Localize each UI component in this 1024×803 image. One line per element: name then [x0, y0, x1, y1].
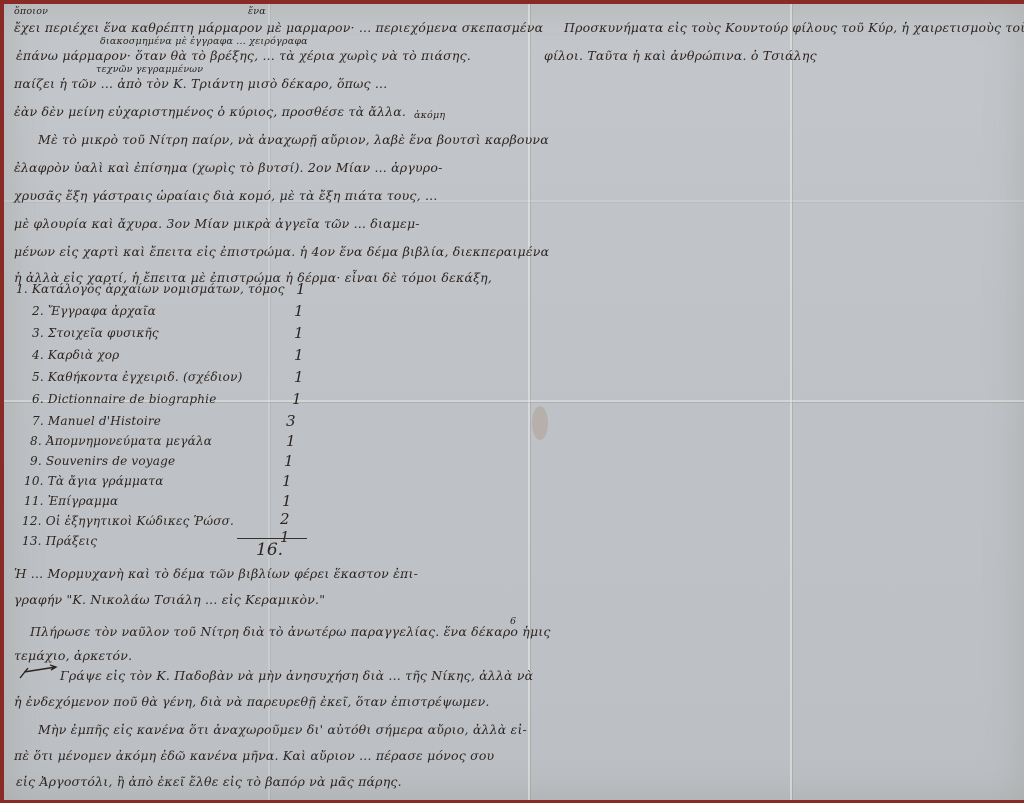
text-line: ἐπάνω μάρμαρον· ὅταν θὰ τὸ βρέξης, ... τ…	[16, 48, 471, 63]
book-list-item: 5. Καθήκοντα ἐγχειριδ. (σχέδιον)	[32, 370, 242, 384]
text-line: ἐὰν δὲν μείνη εὐχαριστημένος ὁ κύριος, π…	[14, 104, 406, 119]
book-list-item: 7. Manuel d'Histoire	[32, 414, 161, 428]
text-line: μὲ φλουρία καὶ ἄχυρα. 3ον Μίαν μικρὰ ἀγγ…	[14, 216, 420, 231]
signature-line: φίλοι. Ταῦτα ἡ καὶ ἀνθρώπινα. ὁ Τσιάλης	[544, 48, 817, 63]
text-line: Μὴν ἐμπῆς εἰς κανένα ὅτι ἀναχωροῦμεν δι'…	[38, 722, 527, 737]
book-count: 1	[294, 302, 304, 320]
book-count: 1	[282, 472, 292, 490]
book-list-item: 1. Κατάλογος ἀρχαίων νομισμάτων, τόμος	[16, 282, 285, 296]
text-line: Γράψε εἰς τὸν Κ. Παδοβὰν νὰ μὴν ἀνησυχήσ…	[60, 668, 533, 683]
pointing-hand-icon	[18, 664, 58, 680]
book-list-item: 4. Καρδιὰ χορ	[32, 348, 119, 362]
text-line: Προσκυνήματα εἰς τοὺς Κουντούρ φίλους το…	[564, 20, 1024, 35]
text-line: Ἡ ... Μορμυχανὴ καὶ τὸ δέμα τῶν βιβλίων …	[14, 566, 418, 581]
book-list-item: 13. Πράξεις	[22, 534, 97, 548]
text-line: ἔχει περιέχει ἕνα καθρέπτη μάρμαρον μὲ μ…	[14, 20, 543, 35]
paper-stain	[532, 406, 548, 440]
book-count: 1	[282, 492, 292, 510]
book-count: 2	[280, 510, 290, 528]
top-note: ὅποιον	[14, 6, 48, 17]
text-line: Πλήρωσε τὸν ναῦλον τοῦ Νίτρη διὰ τὸ ἀνωτ…	[30, 624, 551, 639]
book-total: 16.	[256, 540, 283, 560]
interlinear-note: διακοσμημένα μὲ ἐγγραφα ... χειρόγραφα	[100, 36, 308, 47]
book-count: 1	[294, 368, 304, 386]
text-line: πὲ ὅτι μένομεν ἀκόμη ἐδῶ κανένα μῆνα. Κα…	[14, 748, 494, 763]
text-line: τεμάχιο, ἀρκετόν.	[14, 648, 132, 663]
text-line: ἡ ἐνδεχόμενον ποῦ θὰ γένη, διὰ νὰ παρευρ…	[14, 694, 490, 709]
book-count: 1	[292, 390, 302, 408]
text-line: εἰς Ἀργοστόλι, ἢ ἀπὸ ἐκεῖ ἔλθε εἰς τὸ βα…	[16, 774, 402, 789]
book-list-item: 8. Ἀπομνημονεύματα μεγάλα	[30, 434, 212, 448]
fold-crease-right	[790, 4, 792, 800]
interlinear-note: ἀκόμη	[414, 110, 445, 121]
text-line: Μὲ τὸ μικρὸ τοῦ Νίτρη παίρν, νὰ ἀναχωρῇ …	[38, 132, 549, 147]
book-count: 1	[286, 432, 296, 450]
text-line: μένων εἰς χαρτὶ καὶ ἔπειτα εἰς ἐπιστρώμα…	[14, 244, 549, 259]
text-line: ἐλαφρὸν ὑαλὶ καὶ ἐπίσημα (χωρὶς τὸ βυτσί…	[14, 160, 443, 175]
interlinear-note: ἕνα	[248, 6, 266, 17]
book-list-item: 9. Souvenirs de voyage	[30, 454, 175, 468]
book-list-item: 12. Οἱ ἐξηγητικοὶ Κώδικες Ῥώσσ.	[22, 514, 234, 528]
book-list-item: 10. Τὰ ἄγια γράμματα	[24, 474, 164, 488]
book-count: 1	[294, 324, 304, 342]
book-count: 1	[284, 452, 294, 470]
text-line: παίζει ἡ τῶν ... ἀπὸ τὸν Κ. Τριάντη μισὸ…	[14, 76, 387, 91]
book-list-item: 11. Ἐπίγραμμα	[24, 494, 118, 508]
book-count: 1	[294, 346, 304, 364]
text-line: γραφήν "Κ. Νικολάω Τσιάλη ... εἰς Κεραμι…	[14, 592, 325, 607]
text-line: χρυσᾶς ἔξη γάστραις ὡραίαις διὰ κομό, μὲ…	[14, 188, 438, 203]
book-count: 1	[296, 280, 306, 298]
interlinear-note: τεχνῶν γεγραμμένων	[96, 64, 203, 75]
book-list-item: 6. Dictionnaire de biographie	[32, 392, 217, 406]
sum-rule	[237, 538, 307, 539]
book-list-item: 2. Ἔγγραφα ἀρχαῖα	[32, 304, 156, 318]
book-count: 3	[286, 412, 296, 430]
letter-paper: ὅποιον ἕνα ἔχει περιέχει ἕνα καθρέπτη μά…	[4, 4, 1024, 800]
book-list-item: 3. Στοιχεῖα φυσικῆς	[32, 326, 159, 340]
